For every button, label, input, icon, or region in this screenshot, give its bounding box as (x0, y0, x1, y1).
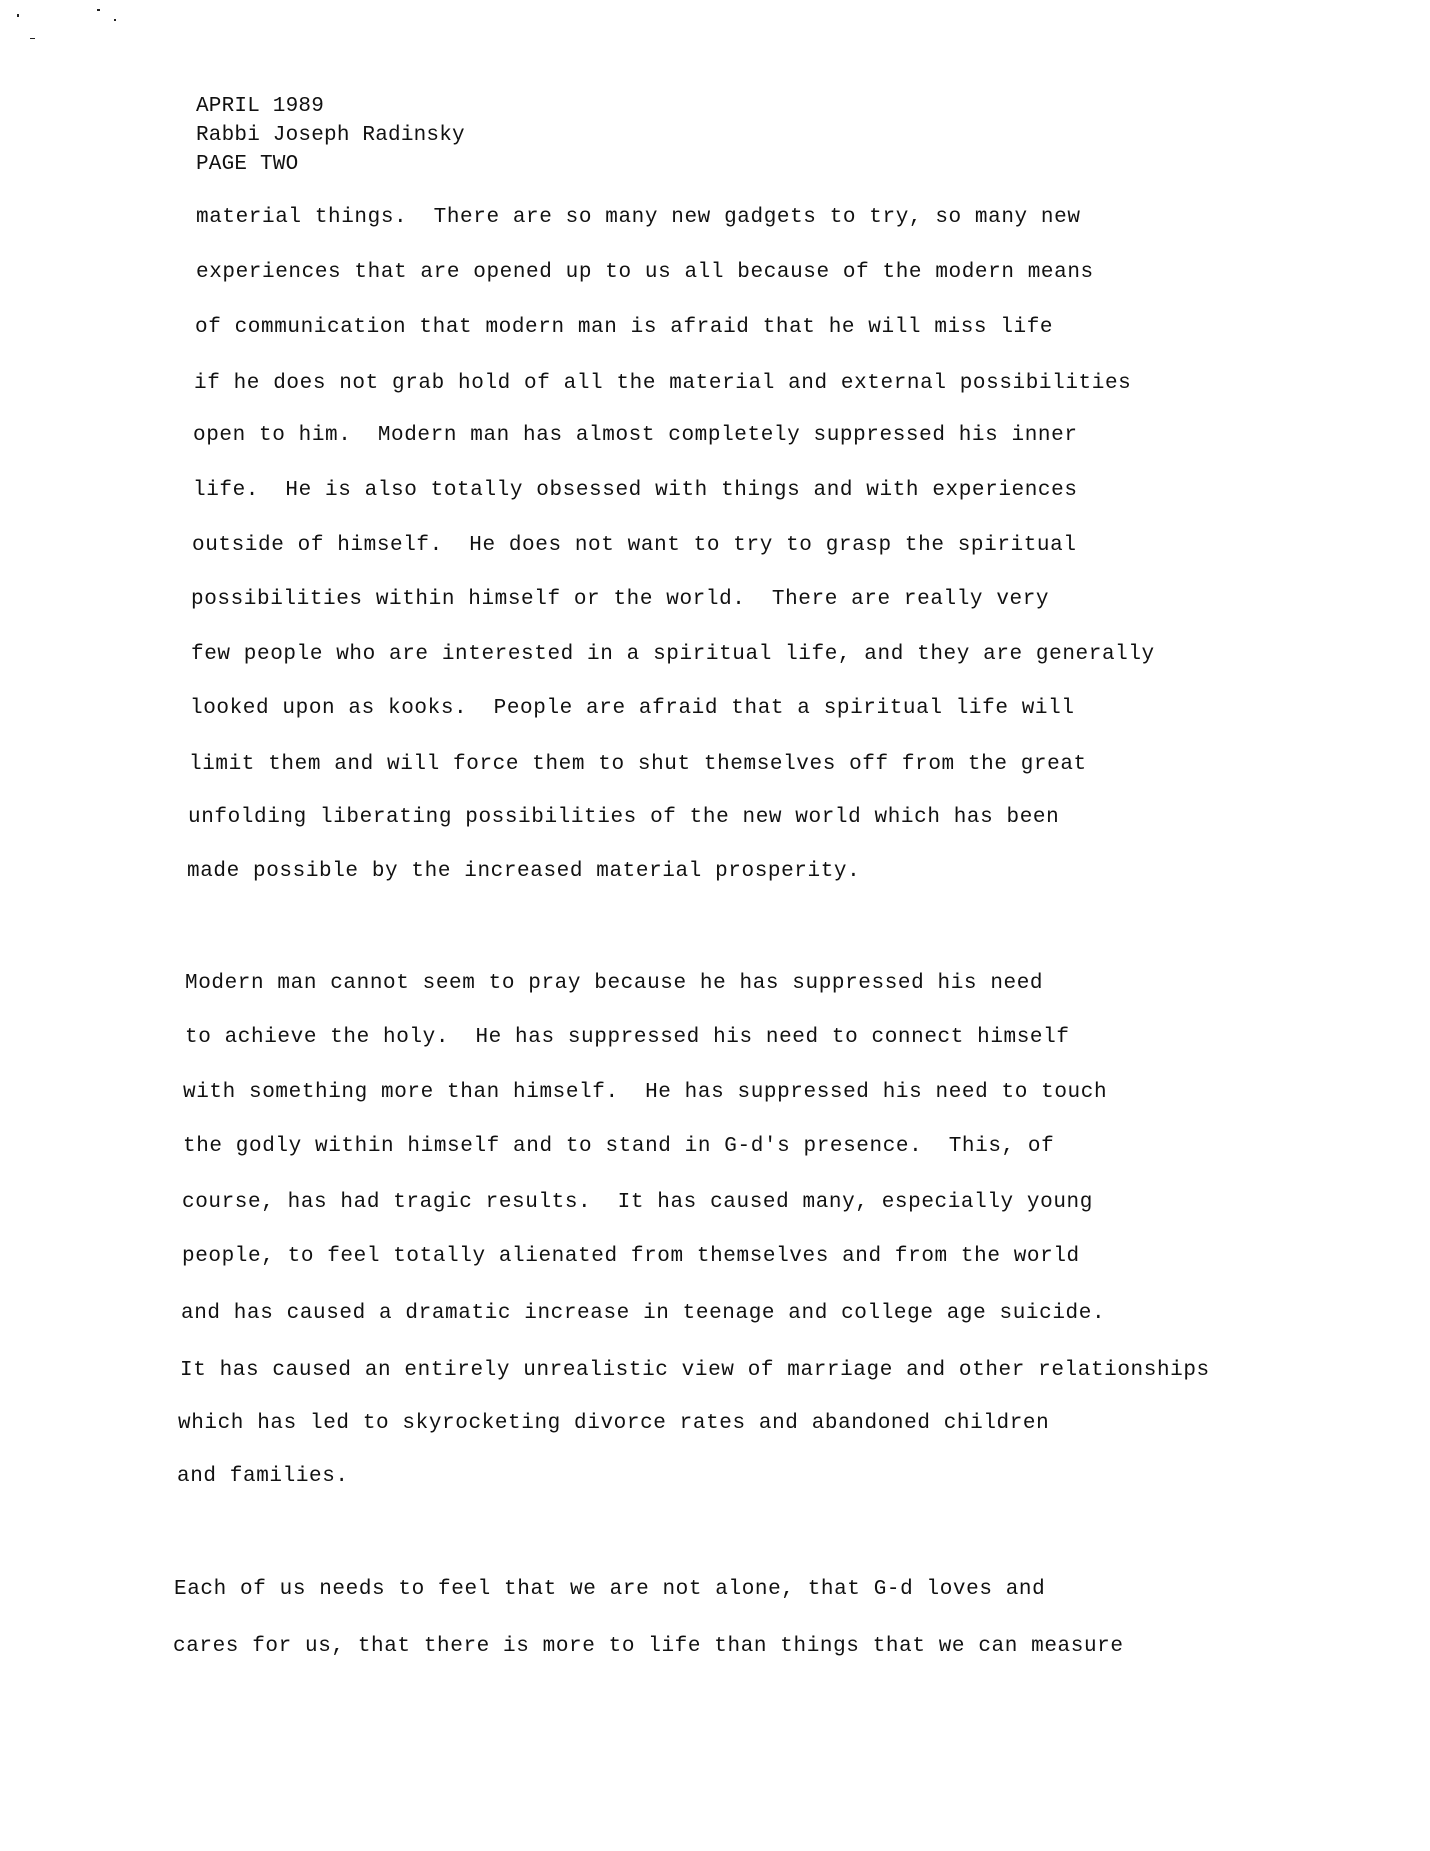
document-page: APRIL 1989 Rabbi Joseph Radinsky PAGE TW… (0, 0, 1430, 1851)
text-line: experiences that are opened up to us all… (196, 261, 1094, 284)
text-line: course, has had tragic results. It has c… (182, 1191, 1093, 1214)
text-line: to achieve the holy. He has suppressed h… (185, 1026, 1070, 1049)
text-line: few people who are interested in a spiri… (191, 643, 1155, 666)
text-line: outside of himself. He does not want to … (192, 534, 1077, 557)
text-line: possibilities within himself or the worl… (191, 588, 1049, 611)
text-line: made possible by the increased material … (187, 860, 860, 883)
scan-speck (97, 9, 100, 11)
document-header: APRIL 1989 Rabbi Joseph Radinsky PAGE TW… (196, 92, 465, 179)
text-line: life. He is also totally obsessed with t… (193, 479, 1078, 502)
header-page-label: PAGE TWO (196, 150, 465, 179)
text-line: cares for us, that there is more to life… (173, 1635, 1124, 1658)
text-line: which has led to skyrocketing divorce ra… (178, 1412, 1049, 1435)
text-line: and families. (177, 1465, 349, 1488)
text-line: material things. There are so many new g… (196, 206, 1081, 229)
text-line: open to him. Modern man has almost compl… (193, 424, 1078, 447)
text-line: limit them and will force them to shut t… (189, 753, 1087, 776)
header-date: APRIL 1989 (196, 92, 465, 121)
text-line: Each of us needs to feel that we are not… (174, 1578, 1045, 1601)
scan-speck (30, 38, 35, 39)
text-line: It has caused an entirely unrealistic vi… (180, 1359, 1210, 1382)
text-line: if he does not grab hold of all the mate… (194, 372, 1131, 395)
text-line: and has caused a dramatic increase in te… (181, 1302, 1105, 1325)
scan-speck (17, 14, 19, 17)
text-line: unfolding liberating possibilities of th… (188, 806, 1059, 829)
text-line: Modern man cannot seem to pray because h… (185, 972, 1043, 995)
text-line: of communication that modern man is afra… (195, 316, 1053, 339)
header-author: Rabbi Joseph Radinsky (196, 121, 465, 150)
text-line: looked upon as kooks. People are afraid … (190, 697, 1075, 720)
scan-speck (114, 19, 116, 21)
text-line: people, to feel totally alienated from t… (182, 1245, 1080, 1268)
text-line: the godly within himself and to stand in… (183, 1135, 1054, 1158)
text-line: with something more than himself. He has… (183, 1081, 1107, 1104)
